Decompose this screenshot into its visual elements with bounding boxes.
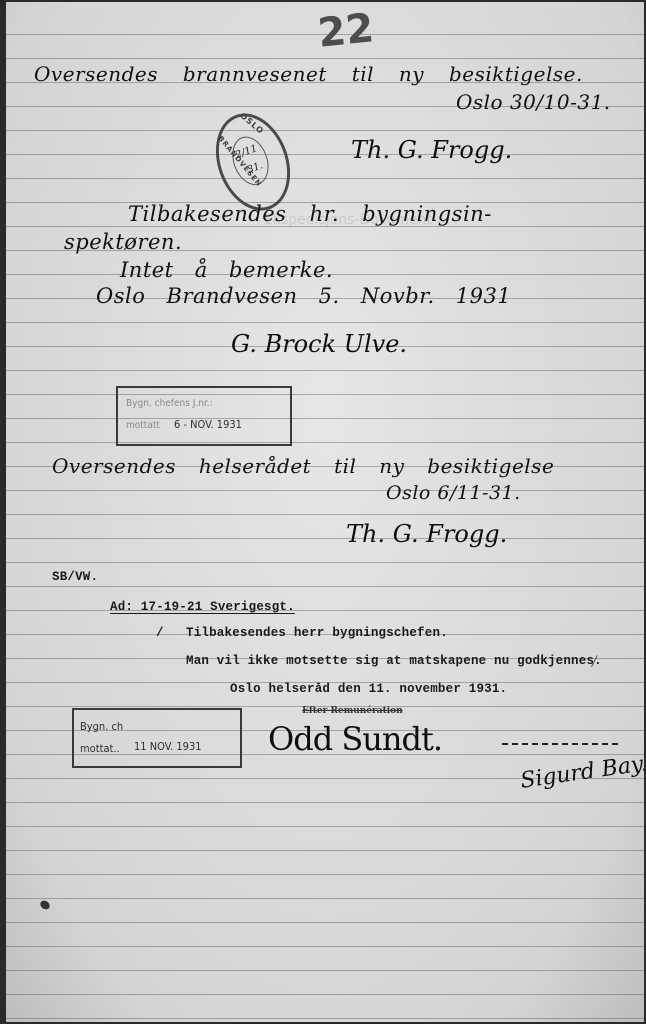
stamp2-journal-label: Bygn. ch <box>80 720 123 733</box>
signature-odd-sundt: Odd Sundt. <box>268 720 442 758</box>
typed-right-mark: / <box>592 654 597 670</box>
typed-margin-mark: / <box>156 626 164 640</box>
received-stamp-1: Bygn. chefens J.nr.: mottatt 6 - NOV. 19… <box>116 386 292 446</box>
folio-number: 22 <box>316 5 376 57</box>
signature-frogg-1: Th. G. Frogg. <box>351 136 512 164</box>
stamp2-date: 11 NOV. 1931 <box>134 740 202 753</box>
stamp1-received-label: mottatt <box>126 420 160 431</box>
stamp-city-text: OSLO <box>238 111 265 136</box>
signature-dashed-line <box>502 743 618 745</box>
struck-through-label: Efter Remunération <box>302 706 403 716</box>
handwritten-date-1: Oslo 30/10-31. <box>456 90 611 114</box>
handwritten-forward-note-1: Oversendes brannvesenet til ny besiktige… <box>34 62 583 86</box>
stamp1-date: 6 - NOV. 1931 <box>174 418 242 431</box>
typed-reference: SB/VW. <box>52 570 98 584</box>
typed-subject-address: Ad: 17-19-21 Sverigesgt. <box>110 600 295 614</box>
handwritten-brandvesen-date: Oslo Brandvesen 5. Novbr. 1931 <box>96 284 511 308</box>
received-stamp-2: Bygn. ch mottat.. 11 NOV. 1931 <box>72 708 242 768</box>
stamp2-received-label: mottat.. <box>80 742 120 755</box>
stamp1-journal-label: Bygn. chefens J.nr.: <box>126 398 213 409</box>
typed-line-approval: Man vil ikke motsette sig at matskapene … <box>186 654 602 668</box>
signature-frogg-2: Th. G. Frogg. <box>346 520 507 548</box>
typed-line-return: Tilbakesendes herr bygningschefen. <box>186 626 448 640</box>
handwritten-nothing-to-note: Intet å bemerke. <box>120 258 333 282</box>
handwritten-date-2: Oslo 6/11-31. <box>386 482 521 504</box>
document-page: Ekspedisjons-Dokument 22 Oversendes bran… <box>6 2 644 1022</box>
ink-smudge <box>39 899 52 911</box>
typed-line-place-date: Oslo helseråd den 11. november 1931. <box>230 682 507 696</box>
handwritten-return-note-line1: Tilbakesendes hr. bygningsin- <box>128 202 492 226</box>
handwritten-forward-note-2: Oversendes helserådet til ny besiktigels… <box>52 454 554 478</box>
handwritten-return-note-line2: spektøren. <box>64 230 182 254</box>
signature-sigurd-bay: Sigurd Bay. <box>519 751 644 794</box>
signature-brock-ulve: G. Brock Ulve. <box>231 330 407 358</box>
